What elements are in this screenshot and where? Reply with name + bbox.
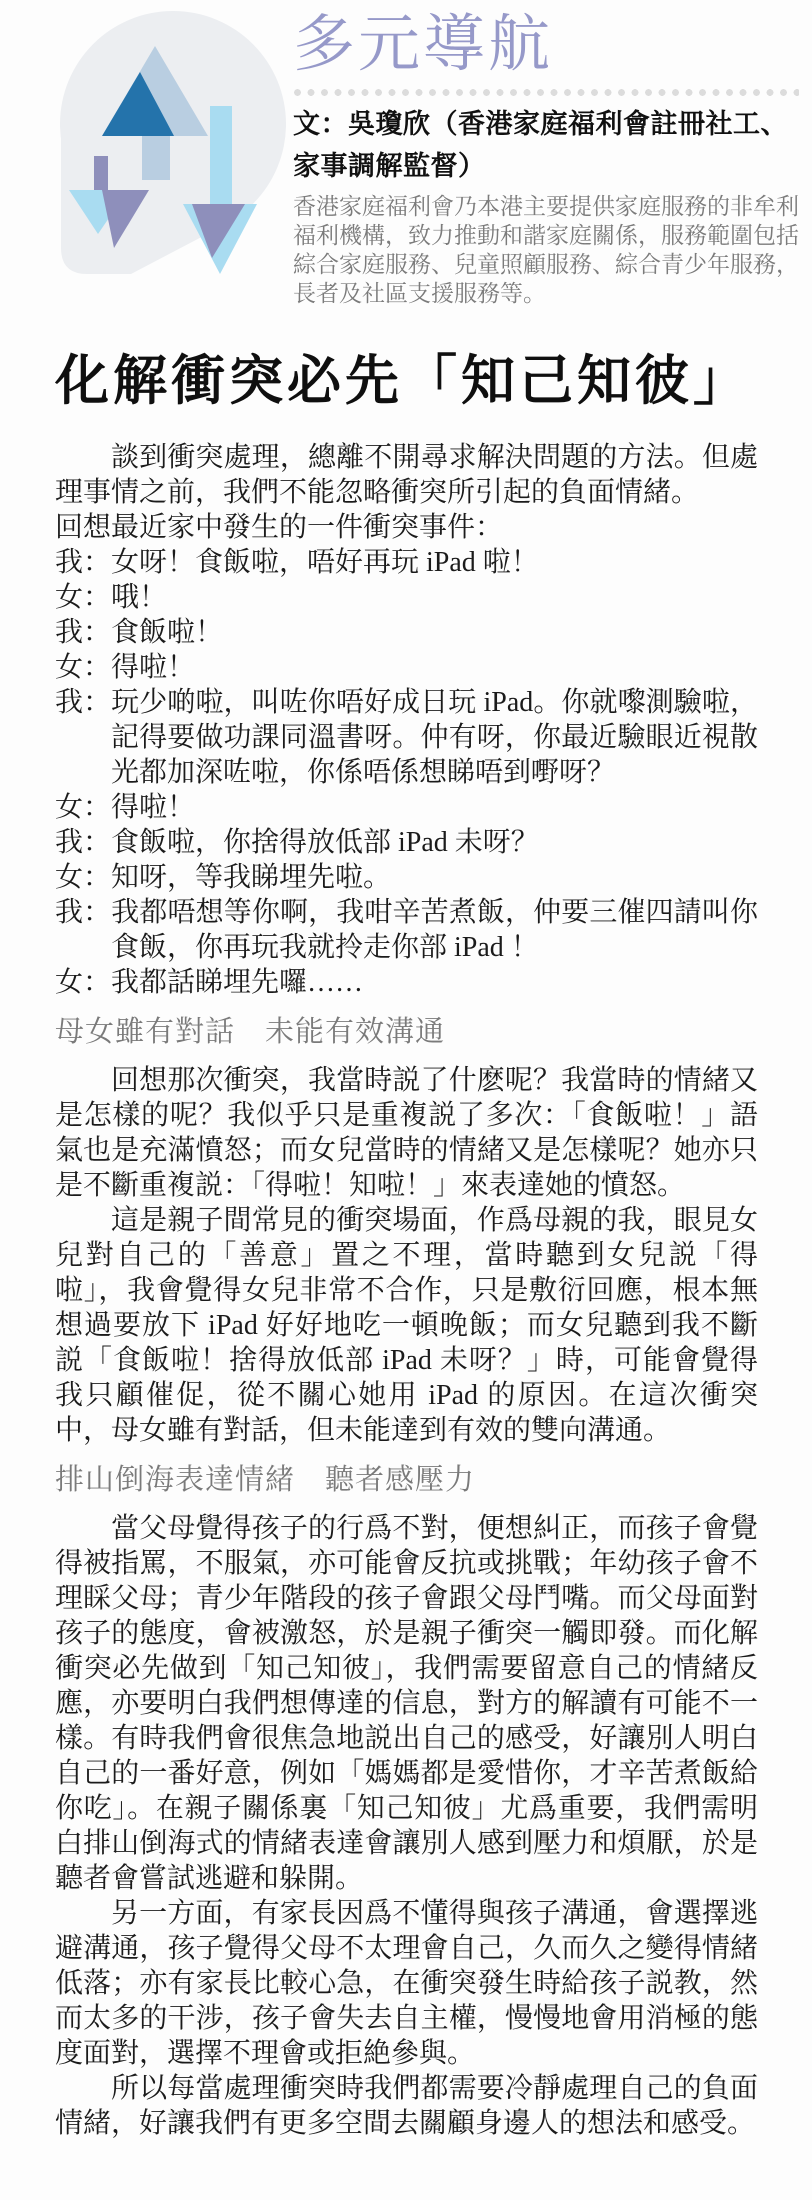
body-paragraph: 所以每當處理衝突時我們都需要冷靜處理自己的負面情緒，好讓我們有更多空間去關顧身邊… [55,2071,758,2141]
article-headline: 化解衝突必先「知己知彼」 [55,350,758,414]
dialogue-line: 我：女呀！食飯啦，唔好再玩 iPad 啦！ [55,545,758,580]
dialogue-block: 我：女呀！食飯啦，唔好再玩 iPad 啦！ 女：哦！ 我：食飯啦！ 女：得啦！ … [55,545,758,1000]
article-body: 化解衝突必先「知己知彼」 談到衝突處理，總離不開尋求解決問題的方法。但處理事情之… [0,350,812,2141]
organization-description: 香港家庭福利會乃本港主要提供家庭服務的非牟利福利機構，致力推動和諧家庭關係，服務… [293,192,799,308]
dialogue-line: 我：食飯啦！ [55,615,758,650]
section-heading: 排山倒海表達情緒 聽者感壓力 [55,1463,758,1498]
header-text-column: 多元導航 文：吳瓊欣（香港家庭福利會註冊社工、家事調解監督） 香港家庭福利會乃本… [293,10,799,308]
intro-paragraph: 談到衝突處理，總離不開尋求解決問題的方法。但處理事情之前，我們不能忽略衝突所引起… [55,440,758,510]
body-paragraph: 這是親子間常見的衝突場面，作爲母親的我，眼見女兒對自己的「善意」置之不理，當時聽… [55,1203,758,1448]
section-overwhelming-emotions: 排山倒海表達情緒 聽者感壓力 當父母覺得孩子的行爲不對，便想糾正，而孩子會覺得被… [55,1463,758,2141]
body-paragraph: 回想那次衝突，我當時説了什麽呢？我當時的情緒又是怎樣的呢？我似乎只是重複説了多次… [55,1063,758,1203]
dialogue-line: 我：食飯啦，你捨得放低部 iPad 未呀？ [55,825,758,860]
dialogue-line: 女：得啦！ [55,790,758,825]
dialogue-line: 女：我都話睇埋先囉…… [55,965,758,1000]
section-heading: 母女雖有對話 未能有效溝通 [55,1015,758,1050]
dialogue-line: 女：得啦！ [55,650,758,685]
dialogue-line: 女：知呀，等我睇埋先啦。 [55,860,758,895]
column-title: 多元導航 [293,10,799,79]
article-text: 談到衝突處理，總離不開尋求解決問題的方法。但處理事情之前，我們不能忽略衝突所引起… [55,440,758,2141]
dialogue-line: 我：我都唔想等你啊，我咁辛苦煮飯，仲要三催四請叫你食飯，你再玩我就拎走你部 iP… [55,895,758,965]
section-mother-daughter: 母女雖有對話 未能有效溝通 回想那次衝突，我當時説了什麽呢？我當時的情緒又是怎樣… [55,1015,758,1448]
up-down-arrows-bubble-icon [52,6,290,292]
body-paragraph: 另一方面，有家長因爲不懂得與孩子溝通，會選擇逃避溝通，孩子覺得父母不太理會自己，… [55,1896,758,2071]
newspaper-page: 多元導航 文：吳瓊欣（香港家庭福利會註冊社工、家事調解監督） 香港家庭福利會乃本… [0,0,812,2200]
dialogue-line: 女：哦！ [55,580,758,615]
author-byline: 文：吳瓊欣（香港家庭福利會註冊社工、家事調解監督） [293,103,799,187]
column-header: 多元導航 文：吳瓊欣（香港家庭福利會註冊社工、家事調解監督） 香港家庭福利會乃本… [0,0,812,330]
dialogue-line: 我：玩少啲啦，叫咗你唔好成日玩 iPad。你就嚟測驗啦，記得要做功課同溫書呀。仲… [55,685,758,790]
dotted-separator [293,88,799,97]
body-paragraph: 當父母覺得孩子的行爲不對，便想糾正，而孩子會覺得被指罵，不服氣，亦可能會反抗或挑… [55,1511,758,1896]
dialogue-intro: 回想最近家中發生的一件衝突事件： [55,510,758,545]
